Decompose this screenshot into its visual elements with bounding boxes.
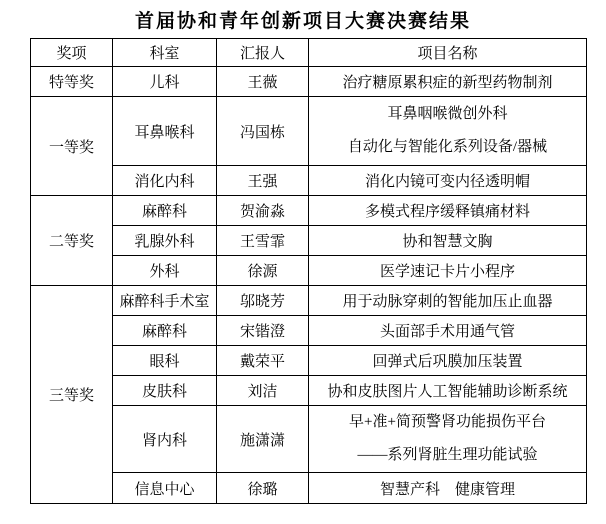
- project-cell: 治疗糖原累积症的新型药物制剂: [309, 67, 587, 97]
- project-cell: 早+准+简预警肾功能损伤平台 ——系列肾脏生理功能试验: [309, 406, 587, 473]
- project-multiline: 耳鼻咽喉微创外科 自动化与智能化系列设备/器械: [309, 98, 586, 164]
- table-row: 乳腺外科 王雪霏 协和智慧文胸: [31, 226, 587, 256]
- presenter-cell: 冯国栋: [217, 97, 309, 166]
- presenter-cell: 刘洁: [217, 376, 309, 406]
- dept-cell: 皮肤科: [113, 376, 217, 406]
- project-multiline: 早+准+简预警肾功能损伤平台 ——系列肾脏生理功能试验: [309, 406, 586, 472]
- header-row: 奖项 科室 汇报人 项目名称: [31, 39, 587, 67]
- header-department: 科室: [113, 39, 217, 67]
- table-row: 消化内科 王强 消化内镜可变内径透明帽: [31, 166, 587, 196]
- presenter-cell: 宋锴澄: [217, 316, 309, 346]
- table-row: 皮肤科 刘洁 协和皮肤图片人工智能辅助诊断系统: [31, 376, 587, 406]
- presenter-cell: 徐璐: [217, 473, 309, 504]
- dept-cell: 麻醉科: [113, 316, 217, 346]
- dept-cell: 乳腺外科: [113, 226, 217, 256]
- presenter-cell: 邬晓芳: [217, 286, 309, 316]
- dept-cell: 眼科: [113, 346, 217, 376]
- header-presenter: 汇报人: [217, 39, 309, 67]
- table-row: 信息中心 徐璐 智慧产科 健康管理: [31, 473, 587, 504]
- document-title: 首届协和青年创新项目大赛决赛结果: [0, 0, 606, 33]
- dept-cell: 信息中心: [113, 473, 217, 504]
- dept-cell: 麻醉科手术室: [113, 286, 217, 316]
- project-line: ——系列肾脏生理功能试验: [309, 439, 586, 472]
- presenter-cell: 徐源: [217, 256, 309, 286]
- project-cell: 多模式程序缓释镇痛材料: [309, 196, 587, 226]
- project-line: 早+准+简预警肾功能损伤平台: [309, 406, 586, 439]
- presenter-cell: 王强: [217, 166, 309, 196]
- results-table: 奖项 科室 汇报人 项目名称 特等奖 儿科 王薇 治疗糖原累积症的新型药物制剂 …: [30, 38, 587, 504]
- award-cell: 一等奖: [31, 97, 113, 196]
- presenter-cell: 王雪霏: [217, 226, 309, 256]
- presenter-cell: 贺渝淼: [217, 196, 309, 226]
- award-cell: 三等奖: [31, 286, 113, 504]
- project-line: 耳鼻咽喉微创外科: [309, 98, 586, 131]
- table-row: 一等奖 耳鼻喉科 冯国栋 耳鼻咽喉微创外科 自动化与智能化系列设备/器械: [31, 97, 587, 166]
- project-cell: 消化内镜可变内径透明帽: [309, 166, 587, 196]
- table-row: 眼科 戴荣平 回弹式后巩膜加压装置: [31, 346, 587, 376]
- table-row: 麻醉科 宋锴澄 头面部手术用通气管: [31, 316, 587, 346]
- presenter-cell: 戴荣平: [217, 346, 309, 376]
- presenter-cell: 王薇: [217, 67, 309, 97]
- table-row: 特等奖 儿科 王薇 治疗糖原累积症的新型药物制剂: [31, 67, 587, 97]
- project-cell: 耳鼻咽喉微创外科 自动化与智能化系列设备/器械: [309, 97, 587, 166]
- header-award: 奖项: [31, 39, 113, 67]
- project-cell: 协和智慧文胸: [309, 226, 587, 256]
- dept-cell: 外科: [113, 256, 217, 286]
- project-cell: 用于动脉穿刺的智能加压止血器: [309, 286, 587, 316]
- table-row: 外科 徐源 医学速记卡片小程序: [31, 256, 587, 286]
- award-cell: 二等奖: [31, 196, 113, 286]
- project-cell: 医学速记卡片小程序: [309, 256, 587, 286]
- award-cell: 特等奖: [31, 67, 113, 97]
- project-line: 自动化与智能化系列设备/器械: [309, 131, 586, 164]
- project-cell: 头面部手术用通气管: [309, 316, 587, 346]
- project-cell: 协和皮肤图片人工智能辅助诊断系统: [309, 376, 587, 406]
- project-cell: 智慧产科 健康管理: [309, 473, 587, 504]
- table-row: 三等奖 麻醉科手术室 邬晓芳 用于动脉穿刺的智能加压止血器: [31, 286, 587, 316]
- project-cell: 回弹式后巩膜加压装置: [309, 346, 587, 376]
- dept-cell: 耳鼻喉科: [113, 97, 217, 166]
- dept-cell: 肾内科: [113, 406, 217, 473]
- dept-cell: 麻醉科: [113, 196, 217, 226]
- table-row: 二等奖 麻醉科 贺渝淼 多模式程序缓释镇痛材料: [31, 196, 587, 226]
- presenter-cell: 施潇潇: [217, 406, 309, 473]
- dept-cell: 儿科: [113, 67, 217, 97]
- table-row: 肾内科 施潇潇 早+准+简预警肾功能损伤平台 ——系列肾脏生理功能试验: [31, 406, 587, 473]
- dept-cell: 消化内科: [113, 166, 217, 196]
- header-project-name: 项目名称: [309, 39, 587, 67]
